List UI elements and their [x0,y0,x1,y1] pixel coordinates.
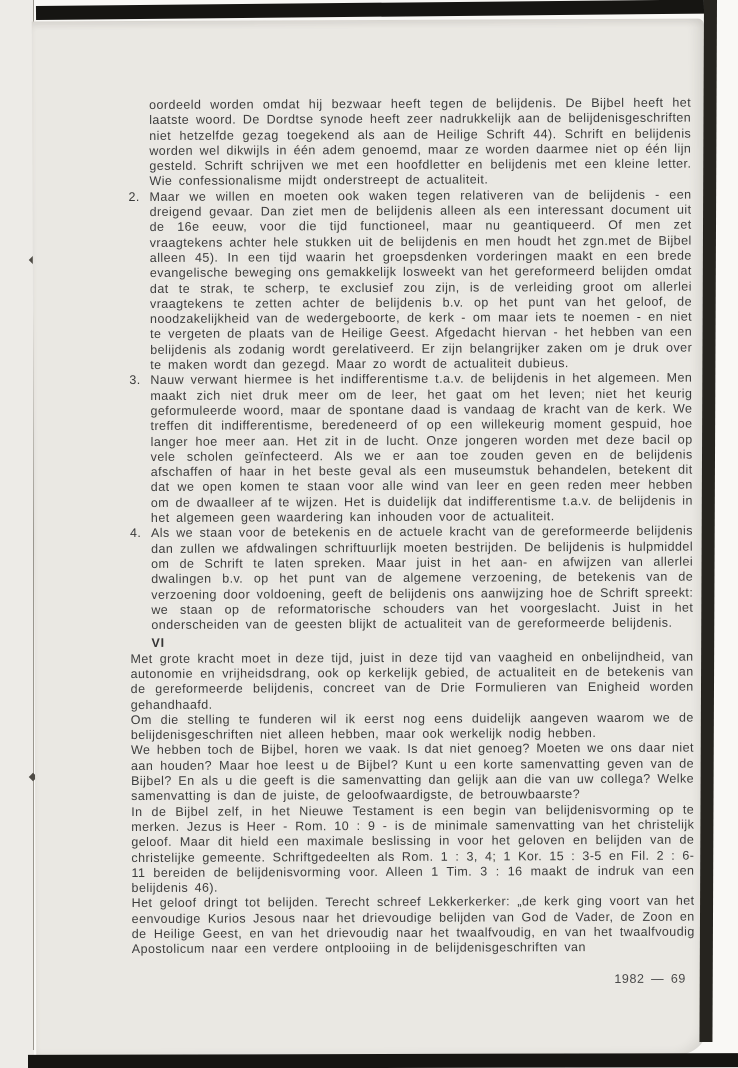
item-text: oordeeld worden omdat hij bezwaar heeft … [149,96,691,190]
item-number: 4. [130,526,151,633]
item-text: Nauw verwant hiermee is het indifferenti… [150,371,693,526]
scanned-book-page: oordeeld worden omdat hij bezwaar heeft … [32,19,709,1058]
numbered-item: 4. Als we staan voor de betekenis en de … [130,524,693,634]
item-number: 2. [128,190,150,374]
numbered-item: oordeeld worden omdat hij bezwaar heeft … [128,96,691,190]
body-paragraph: In de Bijbel zelf, in het Nieuwe Testame… [131,802,694,896]
scan-bottom-edge [28,1053,738,1068]
page-number: 1982 — 69 [132,971,695,989]
numbered-item: 2. Maar we willen en moeten ook waken te… [128,187,692,373]
body-paragraph: Met grote kracht moet in deze tijd, juis… [130,649,693,713]
item-number: 3. [129,373,151,526]
text-column: oordeeld worden omdat hij bezwaar heeft … [128,96,695,989]
body-paragraph: Het geloof dringt tot belijden. Terecht … [132,894,695,958]
item-text: Maar we willen en moeten ook waken tegen… [149,187,692,373]
item-number [128,98,149,190]
item-text: Als we staan voor de betekenis en de act… [151,524,693,633]
scan-top-edge [36,0,704,20]
body-paragraph: Om die stelling te funderen wil ik eerst… [131,710,694,743]
numbered-item: 3. Nauw verwant hiermee is het indiffere… [129,371,693,526]
body-paragraph: We hebben toch de Bijbel, horen we vaak.… [131,741,694,805]
scan-left-margin [0,0,34,1068]
